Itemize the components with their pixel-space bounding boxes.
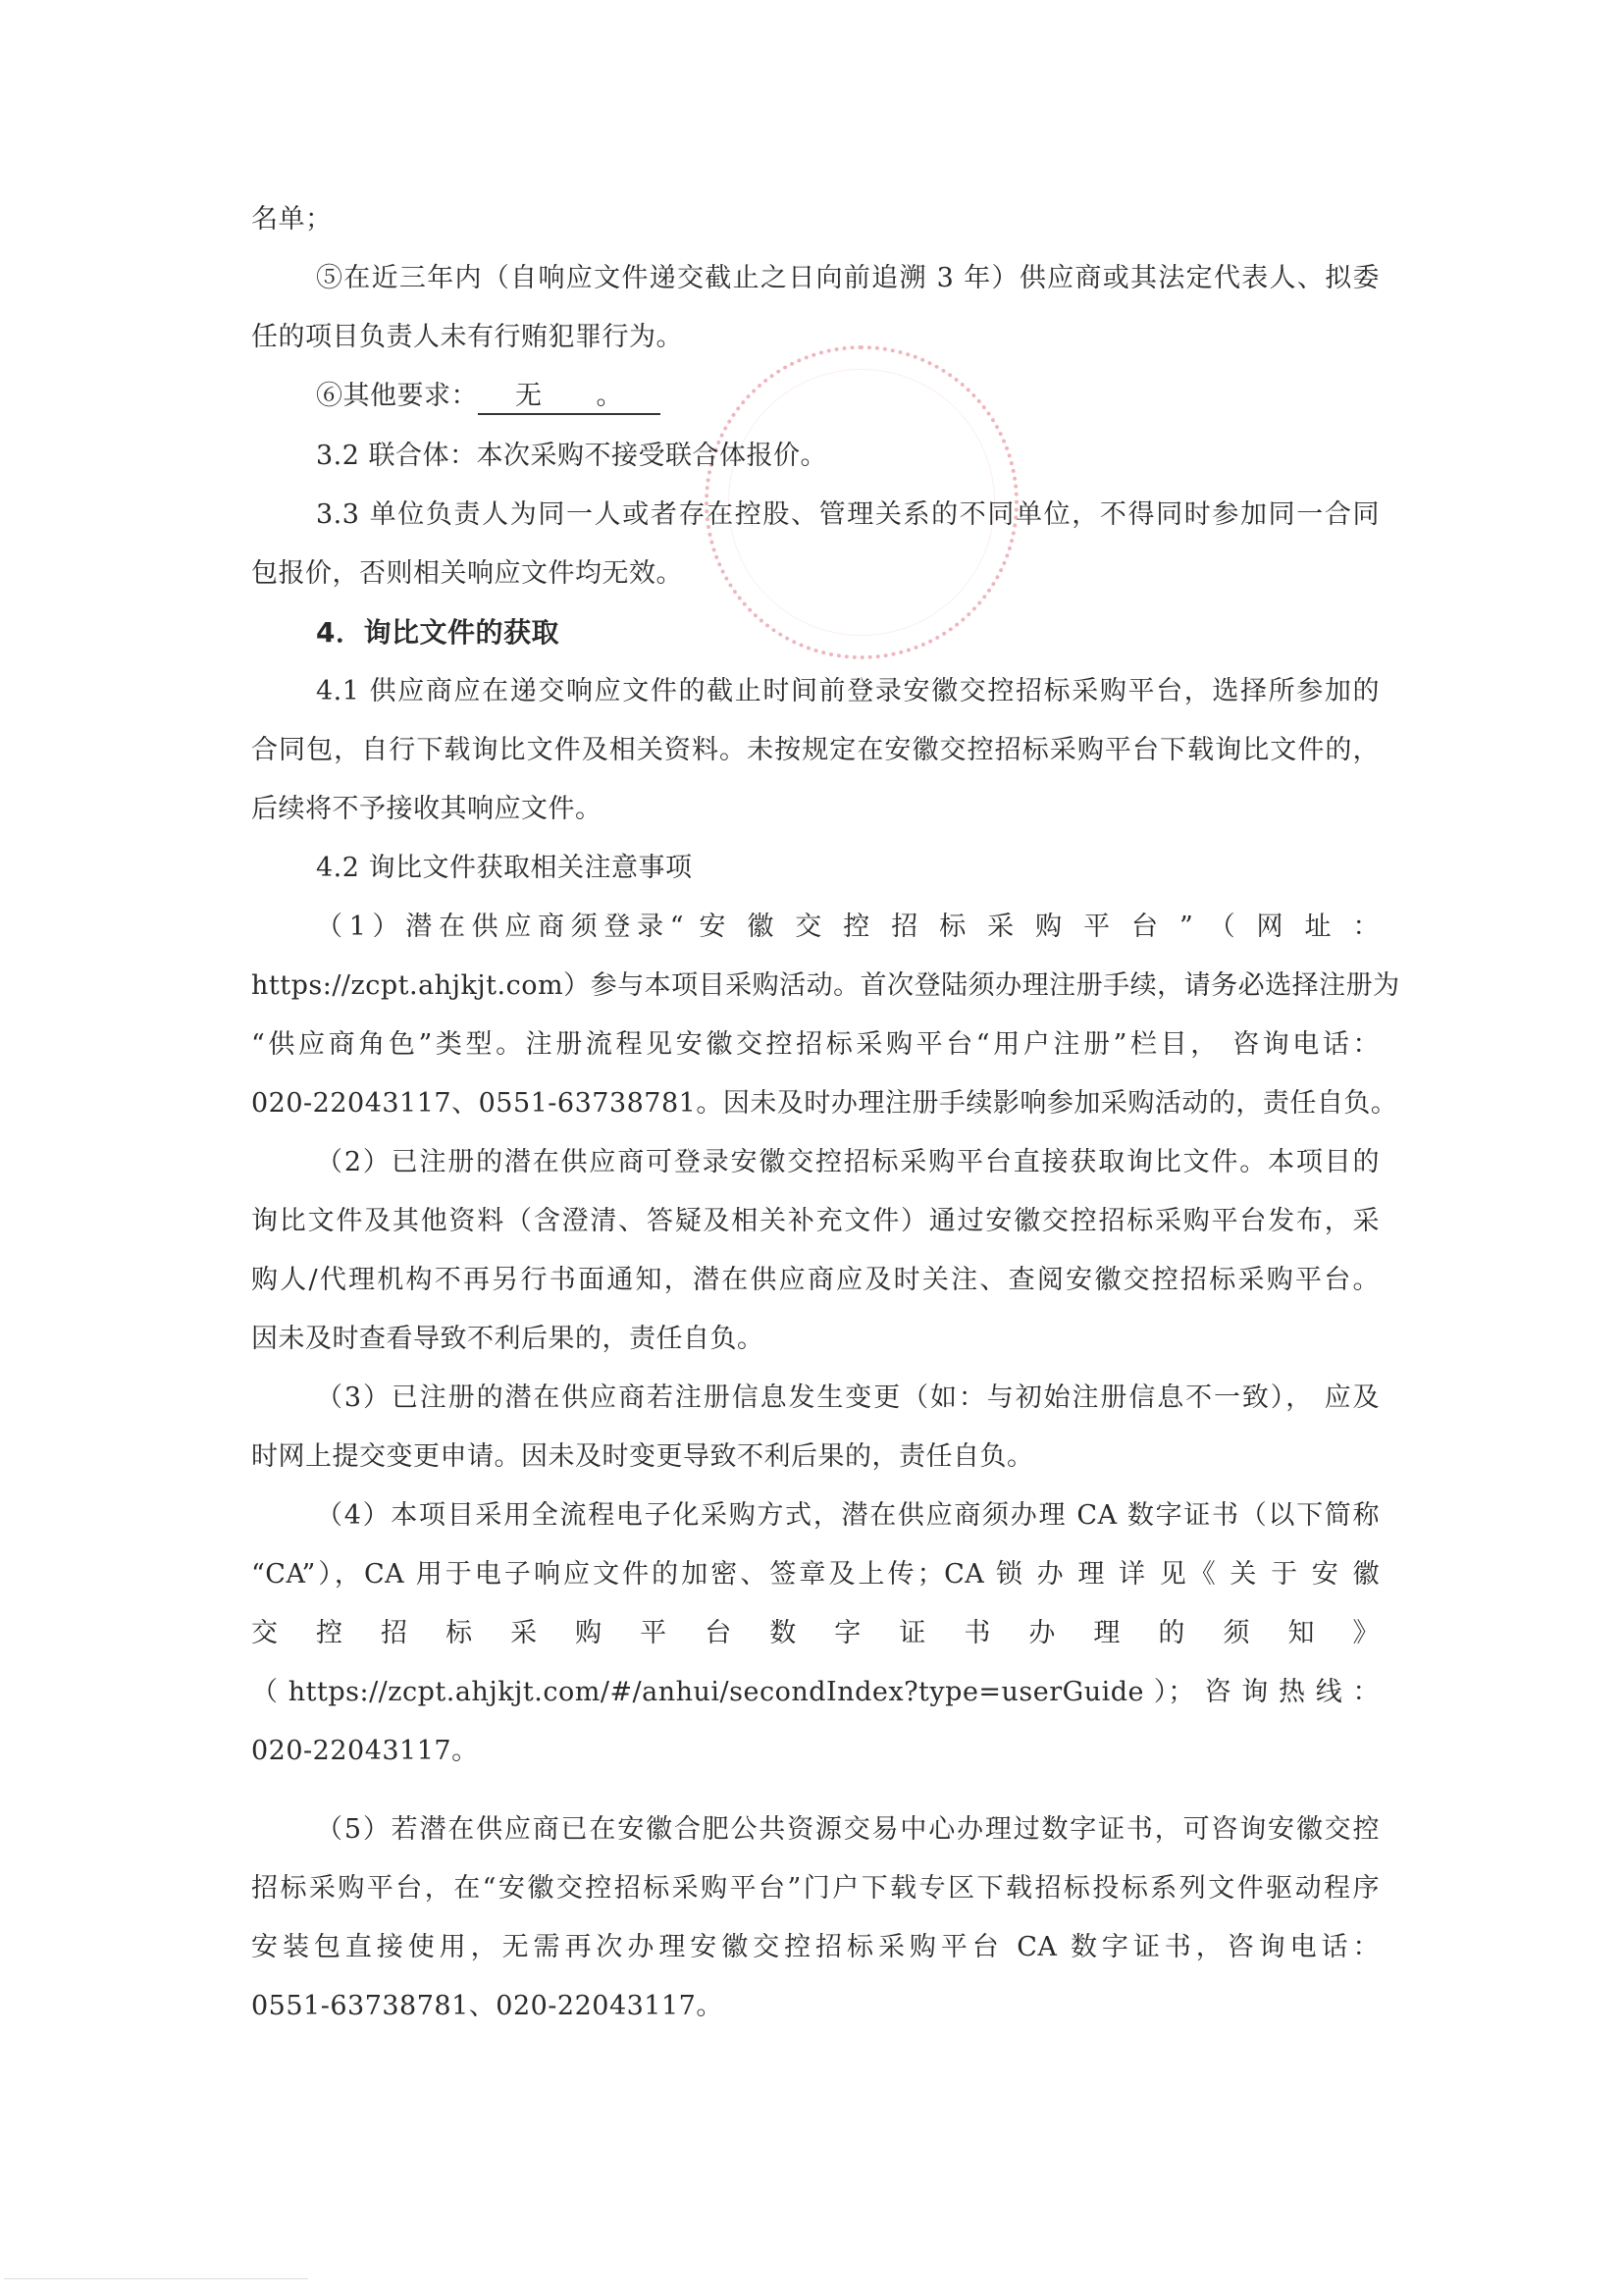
section-4-heading: 4．询比文件的获取 [316,614,1380,652]
clause-4-1-line-3: 后续将不予接收其响应文件。 [251,791,1380,828]
clause-4-1-line-1: 4.1 供应商应在递交响应文件的截止时间前登录安徽交控招标采购平台，选择所参加的 [316,673,1380,710]
scan-edge-line [4,2278,308,2279]
note-2-line-1: （2）已注册的潜在供应商可登录安徽交控招标采购平台直接获取询比文件。本项目的 [316,1144,1380,1181]
note-3-line-1: （3）已注册的潜在供应商若注册信息发生变更（如：与初始注册信息不一致）， 应及 [316,1380,1380,1417]
note-4-line-4: （ https://zcpt.ahjkjt.com/#/anhui/second… [251,1674,1380,1711]
note-1-line-4: 020-22043117、0551-63738781。因未及时办理注册手续影响参… [251,1085,1380,1122]
note-1-line-1: （1）潜在供应商须登录“ 安 徽 交 控 招 标 采 购 平 台 ” （ 网 址… [316,909,1380,946]
list-continuation: 名单； [251,201,1380,238]
requirement-5-line-1: ⑤在近三年内（自响应文件递交截止之日向前追溯 3 年）供应商或其法定代表人、拟委 [316,260,1380,297]
note-4-line-1: （4）本项目采用全流程电子化采购方式，潜在供应商须办理 CA 数字证书（以下简称 [316,1497,1380,1535]
note-1-line-3: “供应商角色”类型。注册流程见安徽交控招标采购平台“用户注册”栏目， 咨询电话： [251,1026,1380,1064]
note-4-line-2: “CA”），CA 用于电子响应文件的加密、签章及上传；CA 锁 办 理 详 见《… [251,1556,1380,1593]
clause-3-3-line-1: 3.3 单位负责人为同一人或者存在控股、管理关系的不同单位，不得同时参加同一合同 [316,496,1380,534]
note-2-line-3: 购人/代理机构不再另行书面通知，潜在供应商应及时关注、查阅安徽交控招标采购平台。 [251,1262,1380,1299]
note-5-line-3: 安装包直接使用，无需再次办理安徽交控招标采购平台 CA 数字证书，咨询电话： [251,1929,1380,1966]
note-5-line-2: 招标采购平台，在“安徽交控招标采购平台”门户下载专区下载招标投标系列文件驱动程序 [251,1870,1380,1907]
note-4-line-3: 交 控 招 标 采 购 平 台 数 字 证 书 办 理 的 须 知 》 [251,1615,1380,1652]
document-page: 名单； ⑤在近三年内（自响应文件递交截止之日向前追溯 3 年）供应商或其法定代表… [0,0,1623,2296]
requirement-5-line-2: 任的项目负责人未有行贿犯罪行为。 [251,319,1380,356]
note-5-line-1: （5）若潜在供应商已在安徽合肥公共资源交易中心办理过数字证书，可咨询安徽交控 [316,1811,1380,1849]
requirement-6-label: ⑥其他要求： [316,381,478,411]
requirement-6: ⑥其他要求：无 。 [316,378,1380,415]
note-3-line-2: 时网上提交变更申请。因未及时变更导致不利后果的，责任自负。 [251,1438,1380,1476]
note-1-line-2: https://zcpt.ahjkjt.com）参与本项目采购活动。首次登陆须办… [251,967,1380,1005]
note-2-line-4: 因未及时查看导致不利后果的，责任自负。 [251,1321,1380,1358]
clause-4-2: 4.2 询比文件获取相关注意事项 [316,850,1380,887]
note-4-line-5: 020-22043117。 [251,1733,1380,1770]
note-2-line-2: 询比文件及其他资料（含澄清、答疑及相关补充文件）通过安徽交控招标采购平台发布，采 [251,1203,1380,1240]
clause-4-1-line-2: 合同包，自行下载询比文件及相关资料。未按规定在安徽交控招标采购平台下载询比文件的… [251,732,1380,769]
clause-3-2: 3.2 联合体：本次采购不接受联合体报价。 [316,438,1380,475]
note-5-line-4: 0551-63738781、020-22043117。 [251,1988,1380,2025]
clause-3-3-line-2: 包报价，否则相关响应文件均无效。 [251,555,1380,593]
requirement-6-value: 无 。 [478,380,660,415]
